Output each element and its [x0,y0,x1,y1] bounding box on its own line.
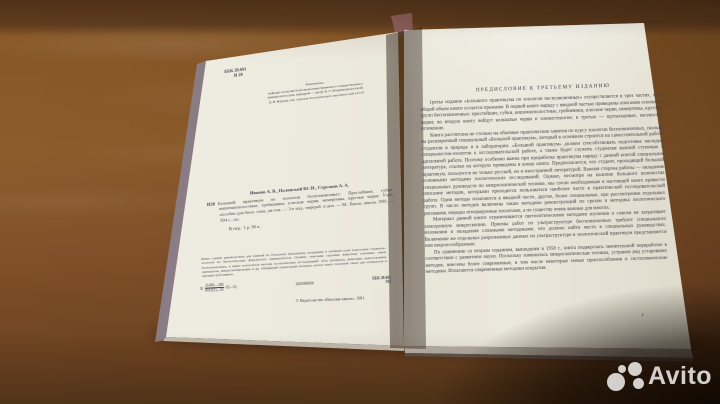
avito-watermark-text: Avito [648,362,712,391]
order-code: И 21008—280 001(01)—81 85—81 [200,282,237,293]
preface-body: Третье издание «Большого практикума по з… [420,93,668,276]
order-code-fraction: 21008—280 001(01)—81 [205,283,224,293]
bbk-right-block: ББК 28.691 592 [372,275,391,284]
avito-logo-circle-small-icon [618,365,626,373]
avito-logo-circle-smallmed-icon [633,378,644,389]
avito-watermark: Avito [606,361,712,397]
preface-paragraph: Книга рассчитана не столько на обычные п… [421,125,666,217]
order-code-suffix: 85—81 [226,285,237,290]
avito-logo-circle-large-icon [607,373,625,391]
avito-logo-circle-medium-icon [628,362,642,376]
page-number: 3 [641,313,644,318]
center-code: 2005000000 [295,281,314,286]
fraction-denominator: 001(01)—81 [205,287,224,293]
order-code-prefix: И [200,286,203,290]
catalog-code: И20 [207,201,216,207]
book-photo: ББК 28.691 И 20 Рецензенты:кафедра зооло… [0,0,720,404]
